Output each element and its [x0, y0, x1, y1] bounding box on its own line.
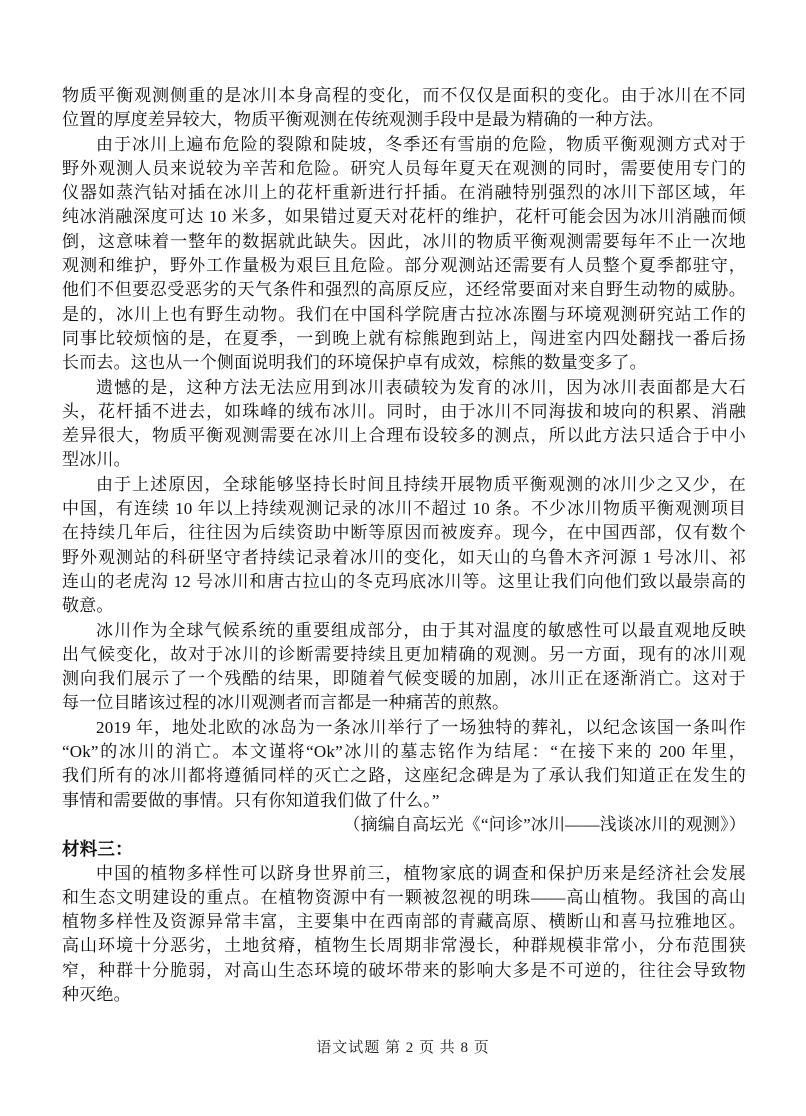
text-line: 观测和维护，野外工作量极为艰巨且危险。部分观测站还需要有人员整个夏季都驻守， — [62, 254, 746, 278]
text-line: 我们所有的冰川都将遵循同样的灭亡之路，这座纪念碑是为了承认我们知道正在发生的 — [62, 764, 746, 788]
text-line: 和生态文明建设的重点。在植物资源中有一颗被忽视的明珠——高山植物。我国的高山 — [62, 886, 746, 910]
text-line: 由于上述原因，全球能够坚持长时间且持续开展物质平衡观测的冰川少之又少，在 — [62, 473, 746, 497]
page-footer: 语文试题 第 2 页 共 8 页 — [0, 1036, 806, 1057]
text-line: 冰川作为全球气候系统的重要组成部分，由于其对温度的敏感性可以最直观地反映 — [62, 619, 746, 643]
text-line: 型冰川。 — [62, 448, 746, 472]
text-line: 纯冰消融深度可达 10 米多，如果错过夏天对花杆的维护，花杆可能会因为冰川消融而… — [62, 205, 746, 229]
document-body: 物质平衡观测侧重的是冰川本身高程的变化，而不仅仅是面积的变化。由于冰川在不同位置… — [62, 84, 746, 1007]
text-line: 高山环境十分恶劣，土地贫瘠，植物生长周期非常漫长，种群规模非常小，分布范围狭 — [62, 934, 746, 958]
text-line: 出气候变化，故对于冰川的诊断需要持续且更加精确的观测。另一方面，现有的冰川观 — [62, 643, 746, 667]
text-line: 事情和需要做的事情。只有你知道我们做了什么。” — [62, 789, 746, 813]
text-line: 遗憾的是，这种方法无法应用到冰川表碛较为发育的冰川，因为冰川表面都是大石 — [62, 376, 746, 400]
text-line: 差异很大，物质平衡观测需要在冰川上合理布设较多的测点，所以此方法只适合于中小 — [62, 424, 746, 448]
text-line: 窄，种群十分脆弱，对高山生态环境的破坏带来的影响大多是不可逆的，往往会导致物 — [62, 959, 746, 983]
text-line: 每一位目睹该过程的冰川观测者而言都是一种痛苦的煎熬。 — [62, 691, 746, 715]
text-line: 头，花杆插不进去，如珠峰的绒布冰川。同时，由于冰川不同海拔和坡向的积累、消融 — [62, 400, 746, 424]
text-line: 是的，冰川上也有野生动物。我们在中国科学院唐古拉冰冻圈与环境观测研究站工作的 — [62, 303, 746, 327]
text-line: 物质平衡观测侧重的是冰川本身高程的变化，而不仅仅是面积的变化。由于冰川在不同 — [62, 84, 746, 108]
text-line: 测向我们展示了一个残酷的结果，即随着气候变暖的加剧，冰川正在逐渐消亡。这对于 — [62, 667, 746, 691]
text-line: 植物多样性及资源异常丰富，主要集中在西南部的青藏高原、横断山和喜马拉雅地区。 — [62, 910, 746, 934]
text-line: 由于冰川上遍布危险的裂隙和陡坡，冬季还有雪崩的危险，物质平衡观测方式对于 — [62, 133, 746, 157]
text-line: 仪器如蒸汽钻对插在冰川上的花杆重新进行扦插。在消融特别强烈的冰川下部区域，年 — [62, 181, 746, 205]
document-page: 物质平衡观测侧重的是冰川本身高程的变化，而不仅仅是面积的变化。由于冰川在不同位置… — [0, 0, 806, 1116]
text-line: “Ok”的冰川的消亡。本文谨将“Ok”冰川的墓志铭作为结尾：“在接下来的 200… — [62, 740, 746, 764]
text-line: 连山的老虎沟 12 号冰川和唐古拉山的冬克玛底冰川等。这里让我们向他们致以最崇高… — [62, 570, 746, 594]
text-line: 倒，这意味着一整年的数据就此缺失。因此，冰川的物质平衡观测需要每年不止一次地 — [62, 230, 746, 254]
source-attribution: （摘编自高坛光《“问诊”冰川——浅谈冰川的观测》） — [62, 813, 746, 837]
text-line: 位置的厚度差异较大，物质平衡观测在传统观测手段中是最为精确的一种方法。 — [62, 108, 746, 132]
text-line: 中国的植物多样性可以跻身世界前三，植物家底的调查和保护历来是经济社会发展 — [62, 862, 746, 886]
text-line: 长而去。这也从一个侧面说明我们的环境保护卓有成效，棕熊的数量变多了。 — [62, 351, 746, 375]
text-line: 野外观测站的科研坚守者持续记录着冰川的变化，如天山的乌鲁木齐河源 1 号冰川、祁 — [62, 546, 746, 570]
text-line: 中国，有连续 10 年以上持续观测记录的冰川不超过 10 条。不少冰川物质平衡观… — [62, 497, 746, 521]
text-line: 种灭绝。 — [62, 983, 746, 1007]
text-line: 在持续几年后，往往因为后续资助中断等原因而被废弃。现今，在中国西部，仅有数个 — [62, 521, 746, 545]
text-line: 敬意。 — [62, 594, 746, 618]
text-line: 同事比较烦恼的是，在夏季，一到晚上就有棕熊跑到站上，闯进室内四处翻找一番后扬 — [62, 327, 746, 351]
text-line: 野外观测人员来说较为辛苦和危险。研究人员每年夏天在观测的同时，需要使用专门的 — [62, 157, 746, 181]
material-3-heading: 材料三： — [62, 837, 746, 861]
text-line: 他们不但要忍受恶劣的天气条件和强烈的高原反应，还经常要面对来自野生动物的威胁。 — [62, 278, 746, 302]
text-line: 2019 年，地处北欧的冰岛为一条冰川举行了一场独特的葬礼，以纪念该国一条叫作 — [62, 716, 746, 740]
